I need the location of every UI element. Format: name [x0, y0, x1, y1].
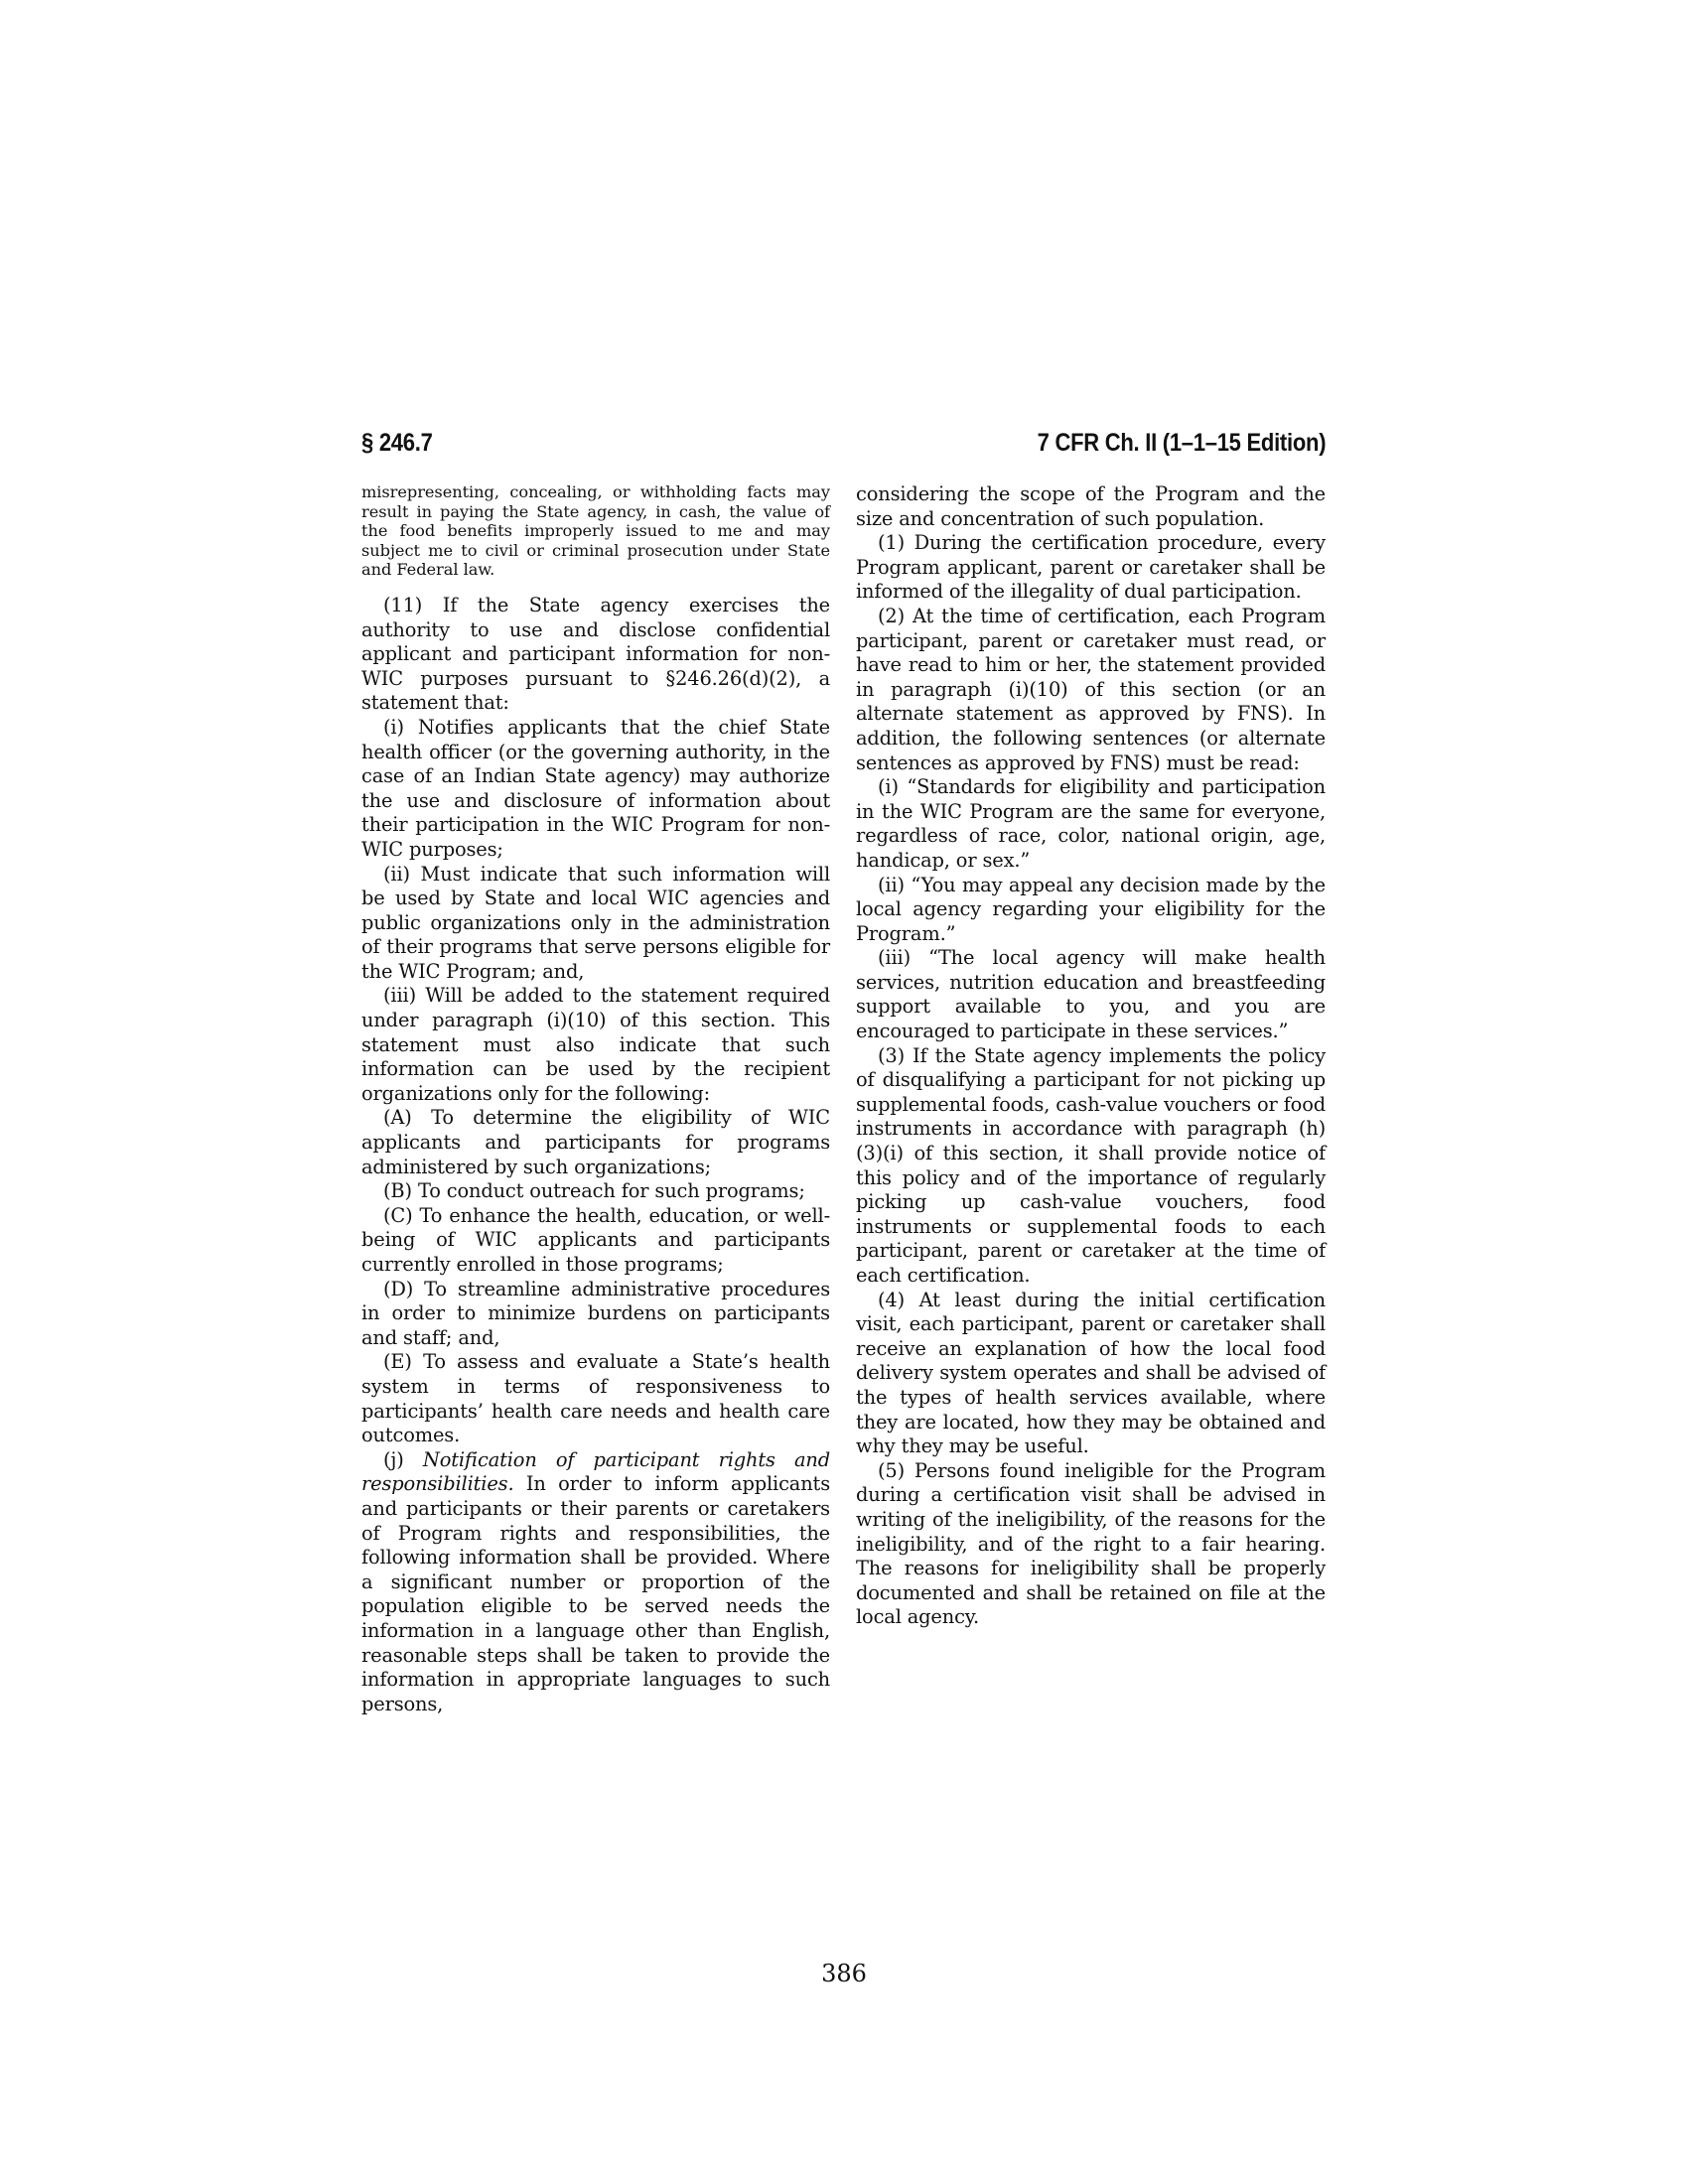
paragraph-D: (D) To streamline administrative procedu…	[361, 1278, 830, 1351]
paragraph-E: (E) To assess and evaluate a State’s hea…	[361, 1350, 830, 1447]
paragraph-j-label: (j)	[383, 1448, 404, 1471]
paragraph-2-iii: (iii) “The local agency will make health…	[856, 946, 1326, 1043]
paragraph-11: (11) If the State agency exercises the a…	[361, 594, 830, 716]
paragraph-4: (4) At least during the initial certific…	[856, 1289, 1326, 1459]
paragraph-11-ii: (ii) Must indicate that such information…	[361, 863, 830, 985]
paragraph-2-ii: (ii) “You may appeal any decision made b…	[856, 874, 1326, 947]
paragraph-1: (1) During the certification procedure, …	[856, 531, 1326, 605]
paragraph-C: (C) To enhance the health, education, or…	[361, 1204, 830, 1278]
cfr-edition-title: 7 CFR Ch. II (1–1–15 Edition)	[1037, 429, 1326, 458]
page-number: 386	[0, 1960, 1688, 1987]
paragraph-j: (j) Notification of participant rights a…	[361, 1448, 830, 1717]
paragraph-A: (A) To determine the eligibility of WIC …	[361, 1106, 830, 1179]
paragraph-11-i: (i) Notifies applicants that the chief S…	[361, 716, 830, 863]
right-column: considering the scope of the Program and…	[856, 482, 1326, 1630]
continued-text: considering the scope of the Program and…	[856, 482, 1326, 531]
paragraph-j-text: In order to inform applicants and partic…	[361, 1472, 830, 1714]
page-header: § 246.7 7 CFR Ch. II (1–1–15 Edition)	[361, 429, 1326, 459]
paragraph-11-iii: (iii) Will be added to the statement req…	[361, 984, 830, 1106]
paragraph-2-i: (i) “Standards for eligibility and parti…	[856, 775, 1326, 873]
section-number: § 246.7	[361, 429, 433, 458]
paragraph-3: (3) If the State agency implements the p…	[856, 1044, 1326, 1289]
continued-statement: misrepresenting, concealing, or withhold…	[361, 482, 830, 580]
continued-statement-text: misrepresenting, concealing, or withhold…	[361, 482, 830, 580]
left-column: misrepresenting, concealing, or withhold…	[361, 482, 830, 1716]
paragraph-2: (2) At the time of certification, each P…	[856, 605, 1326, 775]
paragraph-5: (5) Persons found ineligible for the Pro…	[856, 1459, 1326, 1630]
paragraph-B: (B) To conduct outreach for such program…	[361, 1179, 830, 1204]
